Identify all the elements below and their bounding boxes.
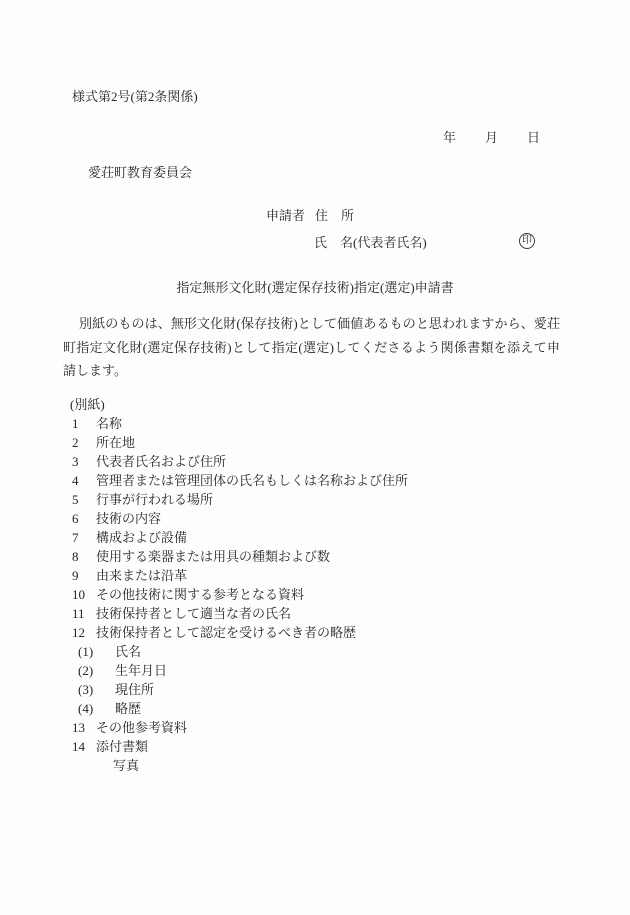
list-item-label: 代表者氏名および住所 xyxy=(96,452,226,471)
body-paragraph: 別紙のものは、無形文化財(保存技術)として価値あるものと思われますから、愛荘町指… xyxy=(63,312,560,383)
list-item-note: 写真 xyxy=(72,756,592,775)
list-item: 12技術保持者として認定を受けるべき者の略歴 xyxy=(72,623,592,642)
list-item-label: 構成および設備 xyxy=(96,528,187,547)
list-item-number: 10 xyxy=(72,585,96,604)
list-item-label: 技術保持者として認定を受けるべき者の略歴 xyxy=(96,623,356,642)
list-item: 6技術の内容 xyxy=(72,509,592,528)
list-item: 11技術保持者として適当な者の氏名 xyxy=(72,604,592,623)
document-page: 様式第2号(第2条関係) 年月日 愛荘町教育委員会 申請者住 所 氏 名(代表者… xyxy=(0,0,630,915)
list-item-label: 由来または沿革 xyxy=(96,566,187,585)
list-item: 3代表者氏名および住所 xyxy=(72,452,592,471)
list-item-label: 管理者または管理団体の氏名もしくは名称および住所 xyxy=(96,471,408,490)
list-item: 8使用する楽器または用具の種類および数 xyxy=(72,547,592,566)
list-item: 7構成および設備 xyxy=(72,528,592,547)
date-month-label: 月 xyxy=(485,130,498,145)
list-subitem-label: 氏名 xyxy=(115,642,141,661)
item-list: 1名称 2所在地 3代表者氏名および住所 4管理者または管理団体の氏名もしくは名… xyxy=(72,414,592,775)
list-item-number: 4 xyxy=(72,471,96,490)
list-subitem-number: (4) xyxy=(78,699,115,718)
list-item-number: 5 xyxy=(72,490,96,509)
list-subitem: (4)略歴 xyxy=(72,699,592,718)
list-item-number: 11 xyxy=(72,604,96,623)
list-item: 10その他技術に関する参考となる資料 xyxy=(72,585,592,604)
list-item: 4管理者または管理団体の氏名もしくは名称および住所 xyxy=(72,471,592,490)
addressee: 愛荘町教育委員会 xyxy=(88,166,192,179)
list-item-label: 添付書類 xyxy=(96,737,148,756)
attachment-header: (別紙) xyxy=(70,398,105,411)
date-day-label: 日 xyxy=(527,130,540,145)
list-item-label: 行事が行われる場所 xyxy=(96,490,213,509)
list-subitem: (1)氏名 xyxy=(72,642,592,661)
applicant-address-line: 申請者住 所 xyxy=(266,209,354,222)
list-subitem-number: (1) xyxy=(78,642,115,661)
list-item-number: 6 xyxy=(72,509,96,528)
list-item-number: 14 xyxy=(72,737,96,756)
name-label: 氏 名(代表者氏名) xyxy=(314,235,427,250)
list-item: 2所在地 xyxy=(72,433,592,452)
list-subitem: (3)現住所 xyxy=(72,680,592,699)
list-item: 5行事が行われる場所 xyxy=(72,490,592,509)
list-subitem-label: 現住所 xyxy=(115,680,154,699)
list-item-number: 12 xyxy=(72,623,96,642)
list-item-number: 3 xyxy=(72,452,96,471)
list-subitem-number: (2) xyxy=(78,661,115,680)
seal-icon: 印 xyxy=(519,233,535,249)
list-item: 9由来または沿革 xyxy=(72,566,592,585)
applicant-label: 申請者 xyxy=(266,208,305,223)
list-item-note-label: 写真 xyxy=(113,756,139,775)
form-number: 様式第2号(第2条関係) xyxy=(72,90,198,103)
list-item-label: その他参考資料 xyxy=(96,718,187,737)
list-item: 13その他参考資料 xyxy=(72,718,592,737)
list-item-number: 7 xyxy=(72,528,96,547)
list-item-label: 名称 xyxy=(96,414,122,433)
list-subitem-label: 略歴 xyxy=(115,699,141,718)
list-item-label: 技術保持者として適当な者の氏名 xyxy=(96,604,291,623)
list-item-number: 9 xyxy=(72,566,96,585)
list-item-label: 技術の内容 xyxy=(96,509,161,528)
document-title: 指定無形文化財(選定保存技術)指定(選定)申請書 xyxy=(0,281,630,294)
list-subitem: (2)生年月日 xyxy=(72,661,592,680)
list-item-label: 使用する楽器または用具の種類および数 xyxy=(96,547,330,566)
applicant-name-line: 氏 名(代表者氏名) xyxy=(314,236,427,249)
list-item-number: 13 xyxy=(72,718,96,737)
seal-character: 印 xyxy=(522,236,532,246)
list-item-number: 1 xyxy=(72,414,96,433)
list-item: 1名称 xyxy=(72,414,592,433)
list-item-number: 8 xyxy=(72,547,96,566)
date-line: 年月日 xyxy=(443,131,540,144)
date-year-label: 年 xyxy=(443,130,456,145)
address-label: 住 所 xyxy=(315,208,354,223)
list-subitem-label: 生年月日 xyxy=(115,661,167,680)
list-item-number: 2 xyxy=(72,433,96,452)
list-item-label: 所在地 xyxy=(96,433,135,452)
list-subitem-number: (3) xyxy=(78,680,115,699)
list-item-label: その他技術に関する参考となる資料 xyxy=(96,585,304,604)
list-item: 14添付書類 xyxy=(72,737,592,756)
